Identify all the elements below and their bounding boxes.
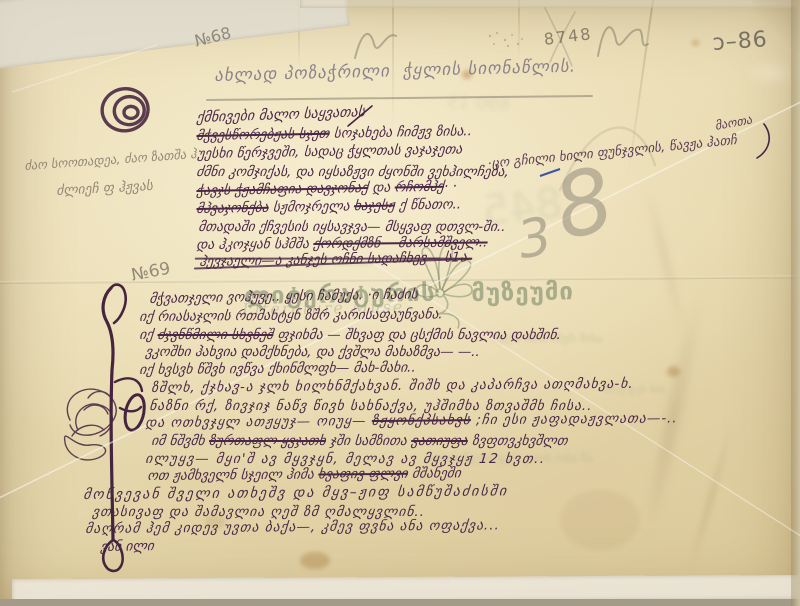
line-decor xyxy=(12,45,157,92)
circle-decor xyxy=(493,43,495,45)
circle-decor xyxy=(504,39,506,41)
path-decor xyxy=(111,285,126,323)
path-decor xyxy=(84,391,112,414)
flower-logo-icon xyxy=(416,244,472,328)
path-decor xyxy=(76,404,113,436)
path-decor xyxy=(348,106,372,126)
g-decor xyxy=(65,389,117,460)
line-decor xyxy=(345,245,800,545)
path-decor xyxy=(444,284,472,296)
circle-decor xyxy=(521,38,523,40)
path-decor xyxy=(102,89,148,131)
circle-decor xyxy=(507,45,509,47)
circle-decor xyxy=(511,34,513,36)
doodle-layer xyxy=(0,0,800,606)
blue-ink-mark xyxy=(540,169,560,176)
plant-doodle xyxy=(65,106,770,571)
path-decor xyxy=(545,8,575,66)
path-decor xyxy=(355,34,396,58)
pencil-scribbles xyxy=(207,8,655,190)
path-decor xyxy=(103,540,122,571)
circle-decor xyxy=(496,32,498,34)
line-decor xyxy=(0,95,800,500)
green-speckles xyxy=(489,32,523,47)
circle-decor xyxy=(489,35,491,37)
title-underline xyxy=(207,96,592,100)
path-decor xyxy=(438,296,459,328)
spiral-doodle xyxy=(102,89,148,131)
circle-decor xyxy=(517,43,519,45)
path-decor xyxy=(757,124,769,158)
circle-decor xyxy=(436,289,444,297)
path-decor xyxy=(125,395,144,430)
scanned-manuscript-page: №688748ɔ–8638№69ახლად პოზაჭრილი ჭყლის სი… xyxy=(0,0,800,606)
path-decor xyxy=(598,27,648,56)
